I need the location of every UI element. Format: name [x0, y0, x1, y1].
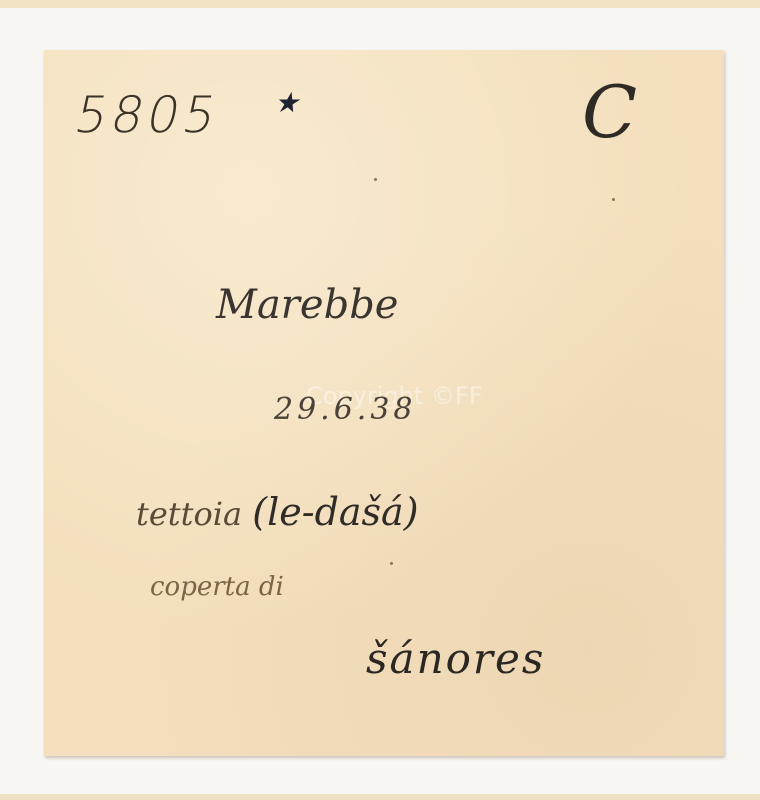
- ladin-term: (le-dašá): [252, 490, 418, 534]
- scan-edge-top: [0, 0, 760, 8]
- description-line-1: tettoia (le-dašá): [136, 490, 419, 534]
- paper-speck: [612, 198, 615, 201]
- paper-speck: [390, 562, 393, 565]
- scan-edge-bottom: [0, 794, 760, 800]
- description-line-2: coperta di: [150, 572, 284, 602]
- corner-letter: C: [582, 70, 637, 154]
- star-icon: ★: [274, 86, 299, 119]
- handwritten-card: 5805 ★ C Marebbe Copyright ©FF 29.6.38 t…: [44, 50, 724, 756]
- description-line-3: šánores: [366, 634, 545, 683]
- italian-term: tettoia: [136, 495, 242, 533]
- catalog-number: 5805: [70, 86, 226, 144]
- paper-speck: [374, 178, 377, 181]
- date: 29.6.38: [274, 392, 417, 427]
- place-name: Marebbe: [216, 282, 398, 328]
